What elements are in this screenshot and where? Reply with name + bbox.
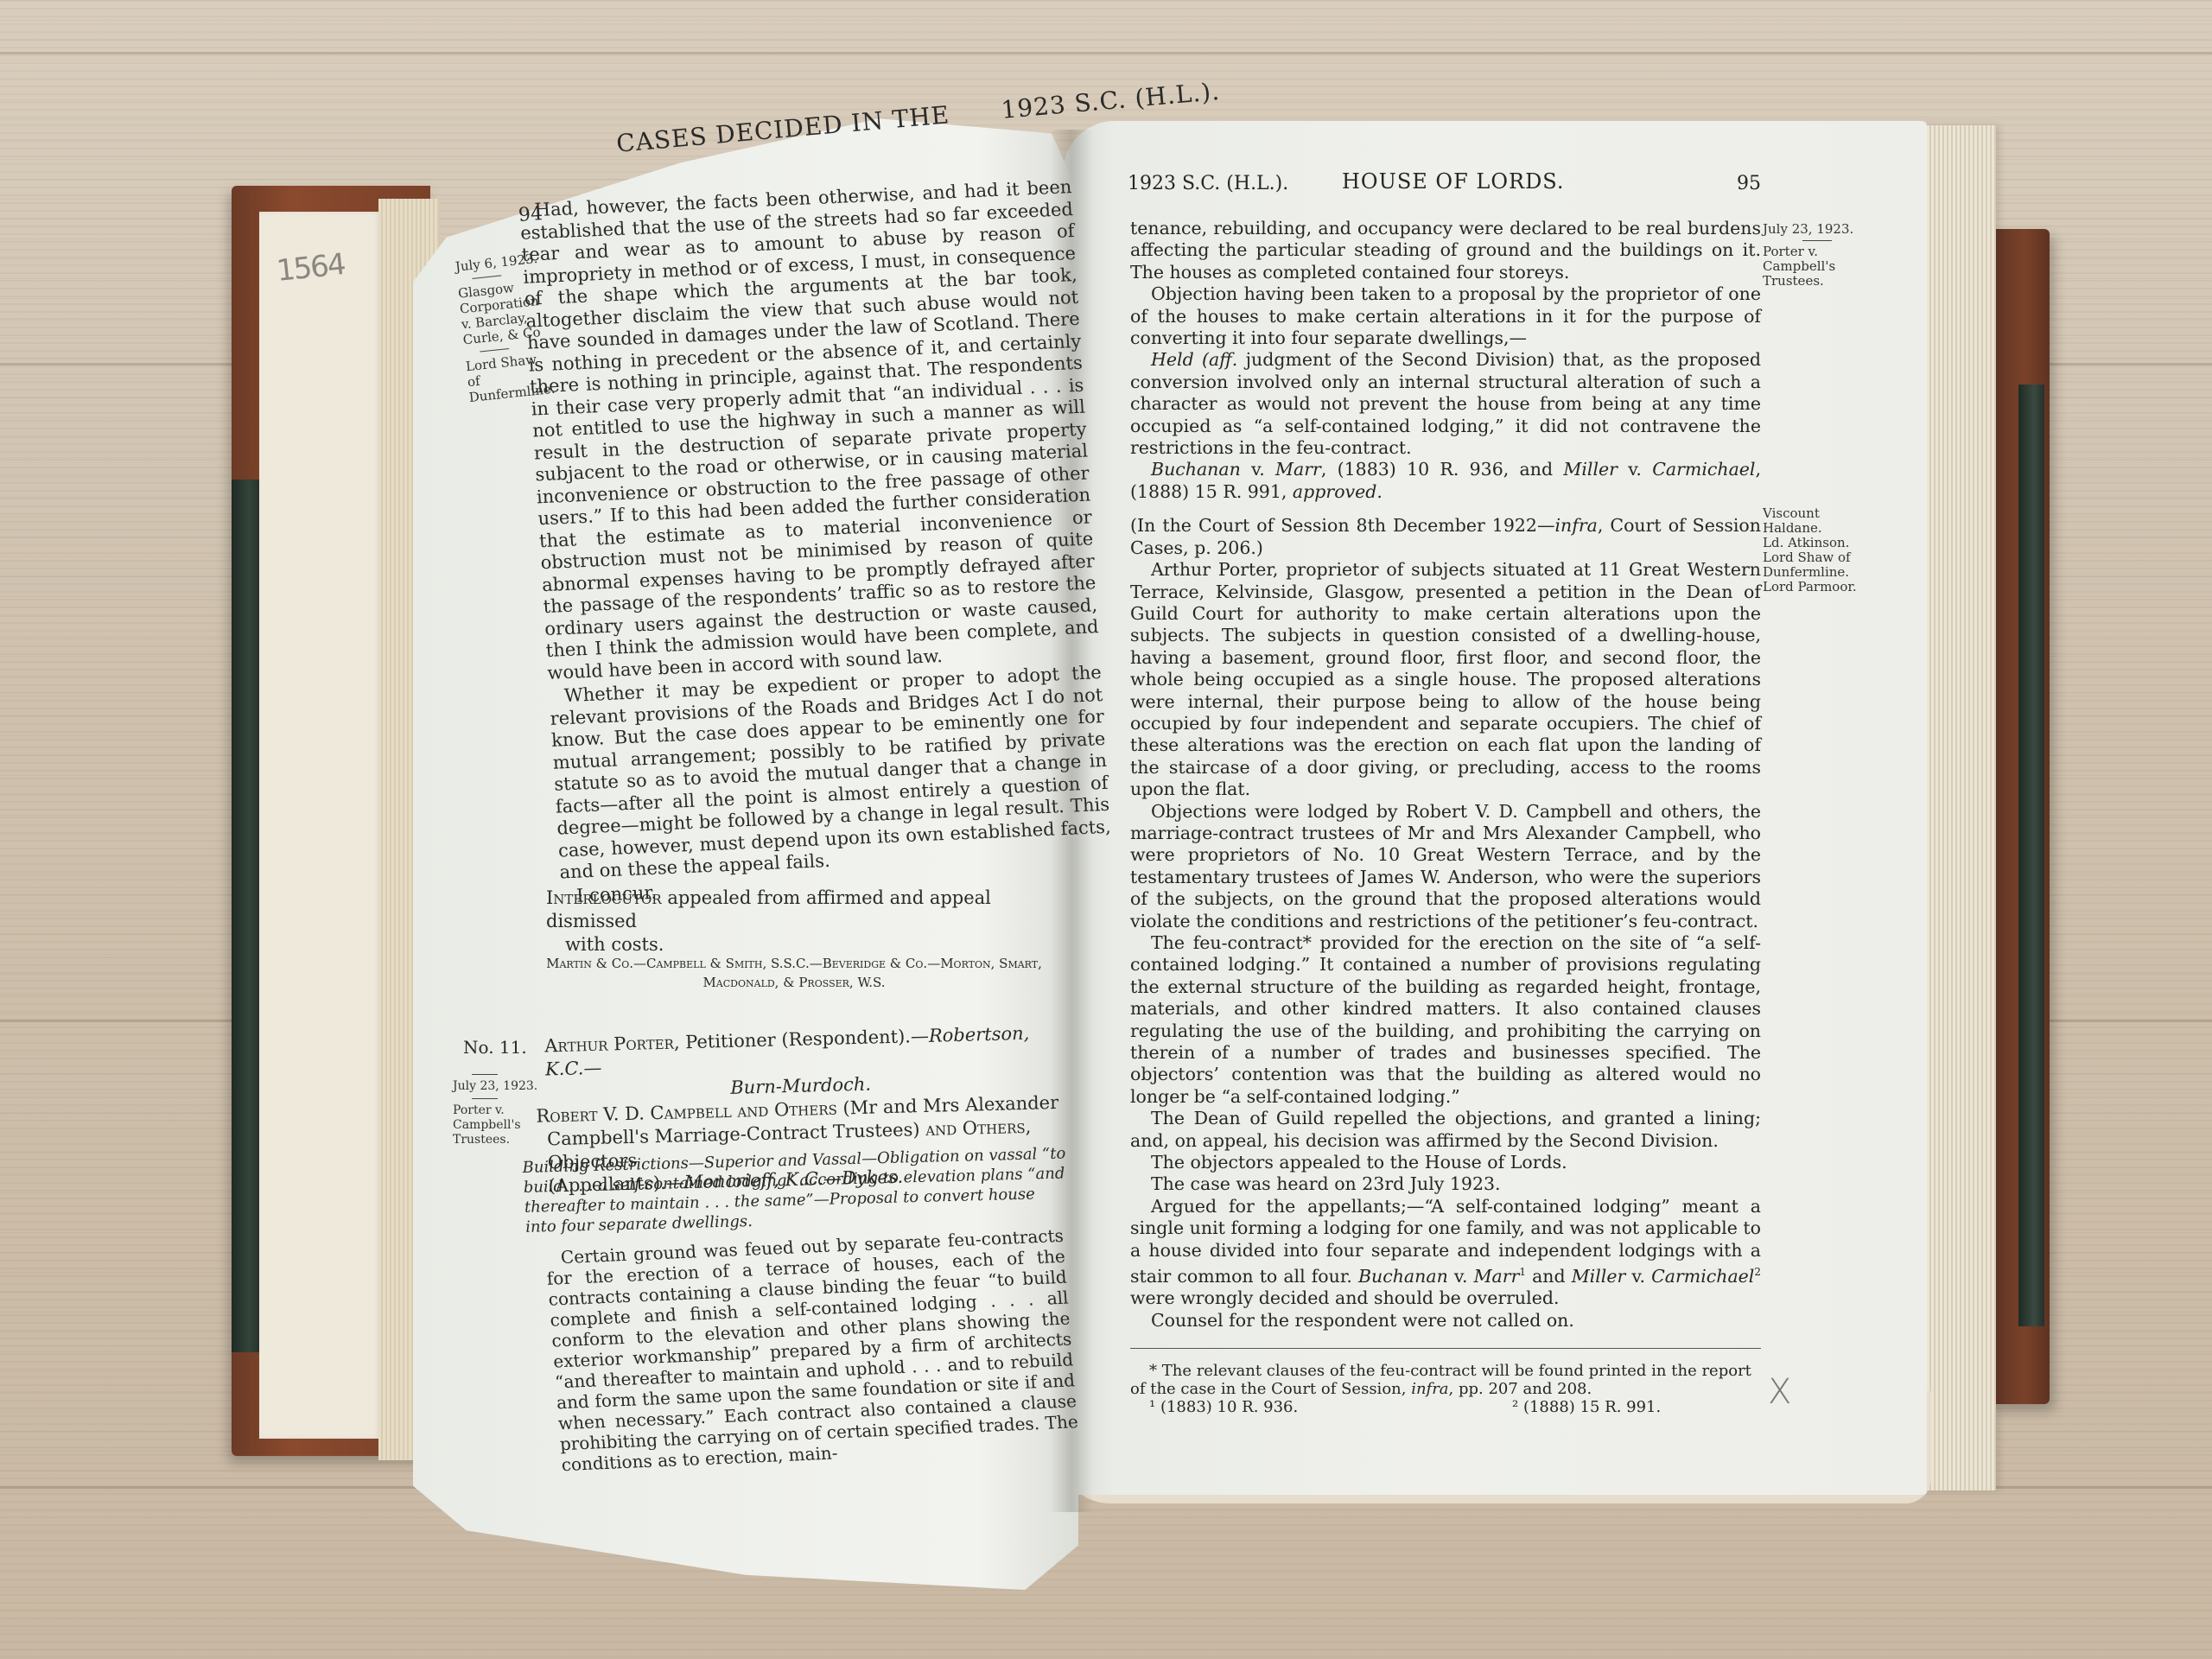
interlocutor-continuation: with costs. bbox=[546, 933, 1065, 957]
judge-name: Lord Shaw of Dunfermline. bbox=[1763, 550, 1875, 580]
agents-line: Martin & Co.—Campbell & Smith, S.S.C.—Be… bbox=[522, 954, 1066, 992]
approved-cases: Buchanan v. Marr, (1883) 10 R. 936, and … bbox=[1130, 459, 1761, 503]
table-plank-seam bbox=[0, 52, 2212, 54]
court-ref-infra: infra bbox=[1554, 515, 1597, 536]
body-paragraph: The feu-contract* provided for the erect… bbox=[1130, 932, 1761, 1108]
body-paragraph: The Dean of Guild repelled the objection… bbox=[1130, 1108, 1761, 1152]
page-edges-right bbox=[1918, 125, 1996, 1491]
case-name: Marr bbox=[1275, 459, 1321, 480]
judge-name: Viscount Haldane. bbox=[1763, 506, 1875, 536]
held-aff: (aff. bbox=[1202, 349, 1237, 370]
approved-label: approved. bbox=[1293, 481, 1382, 502]
objectors-and-others: and Others bbox=[925, 1116, 1026, 1140]
footnote-marker: 2 bbox=[1754, 1266, 1761, 1278]
footnote-text: , pp. 207 and 208. bbox=[1449, 1380, 1592, 1398]
pencil-x-mark: X bbox=[1768, 1372, 1791, 1412]
opinion-paragraph: Had, however, the facts been otherwise, … bbox=[518, 176, 1101, 684]
judge-name: Ld. Atkinson. bbox=[1763, 536, 1875, 550]
running-head-title: HOUSE OF LORDS. bbox=[1342, 169, 1565, 194]
headnote-facts: Certain ground was feued out by separate… bbox=[544, 1225, 1081, 1475]
headnote-objection: Objection having been taken to a proposa… bbox=[1130, 283, 1761, 349]
case-name: Buchanan bbox=[1151, 459, 1241, 480]
body-paragraph: Objections were lodged by Robert V. D. C… bbox=[1130, 801, 1761, 932]
petitioner-role: , Petitioner (Respondent).— bbox=[674, 1026, 930, 1053]
running-head-citation: 1923 S.C. (H.L.). bbox=[1000, 77, 1221, 124]
versus: v. bbox=[1625, 1266, 1651, 1287]
margin-case-title: Porter v. Campbell's Trustees. bbox=[1763, 245, 1875, 289]
argument-paragraph: Argued for the appellants;—“A self-conta… bbox=[1130, 1196, 1761, 1310]
opinion-text: Had, however, the facts been otherwise, … bbox=[518, 176, 1115, 907]
conjunction: and bbox=[1526, 1266, 1572, 1287]
body-paragraph: The case was heard on 23rd July 1923. bbox=[1130, 1173, 1761, 1195]
footnote-divider bbox=[1130, 1348, 1761, 1349]
headnote-held: Held (aff. judgment of the Second Divisi… bbox=[1130, 349, 1761, 459]
body-paragraph: Arthur Porter, proprietor of subjects si… bbox=[1130, 559, 1761, 800]
margin-case-title: Porter v. Campbell's Trustees. bbox=[453, 1103, 521, 1147]
argument-text: were wrongly decided and should be overr… bbox=[1130, 1287, 1559, 1308]
margin-note-case: July 23, 1923. Porter v. Campbell's Trus… bbox=[1763, 222, 1875, 289]
cover-spine-band-left bbox=[232, 480, 261, 1352]
headnote-paragraph: Certain ground was feued out by separate… bbox=[544, 1225, 1081, 1475]
interlocutor-lead: Interlocutor bbox=[546, 887, 662, 908]
cover-spine-band-right bbox=[2018, 385, 2044, 1326]
case-name: Marr bbox=[1474, 1266, 1520, 1287]
book-cover-right bbox=[1987, 229, 2050, 1404]
margin-rule bbox=[472, 1074, 498, 1075]
footnote-star: * The relevant clauses of the feu-contra… bbox=[1130, 1362, 1761, 1398]
case-name: Carmichael bbox=[1651, 1266, 1754, 1287]
case-name: Miller bbox=[1572, 1266, 1626, 1287]
margin-rule bbox=[1802, 240, 1832, 241]
agents-line-1: Martin & Co.—Campbell & Smith, S.S.C.—Be… bbox=[522, 954, 1066, 973]
headnote-continuation: tenance, rebuilding, and occupancy were … bbox=[1130, 218, 1761, 283]
body-paragraph: The objectors appealed to the House of L… bbox=[1130, 1152, 1761, 1173]
margin-rule bbox=[472, 1098, 498, 1099]
agents-line-2: Macdonald, & Prosser, W.S. bbox=[522, 973, 1066, 992]
footnote-marker: 1 bbox=[1519, 1266, 1526, 1278]
counsel-note: Counsel for the respondent were not call… bbox=[1130, 1310, 1761, 1332]
held-label: Held bbox=[1151, 349, 1194, 370]
margin-date: July 23, 1923. bbox=[1763, 222, 1875, 237]
case-rubric: Building Restrictions—Superior and Vassa… bbox=[522, 1144, 1071, 1237]
petitioner-name: Arthur Porter bbox=[544, 1033, 674, 1057]
interlocutor: Interlocutor appealed from affirmed and … bbox=[546, 887, 1065, 957]
endpaper bbox=[259, 212, 380, 1439]
case-name: Carmichael bbox=[1652, 459, 1755, 480]
pencil-shelfmark: 1564 bbox=[275, 247, 346, 289]
running-head-citation: 1923 S.C. (H.L.). bbox=[1128, 173, 1288, 194]
court-of-session-ref: (In the Court of Session 8th December 19… bbox=[1130, 515, 1761, 559]
court-ref-text: (In the Court of Session 8th December 19… bbox=[1130, 515, 1554, 536]
margin-note-new-case: July 23, 1923. Porter v. Campbell's Trus… bbox=[453, 1070, 539, 1147]
case-name: Miller bbox=[1563, 459, 1618, 480]
margin-rule bbox=[472, 275, 501, 279]
versus: v. bbox=[1448, 1266, 1474, 1287]
footnote-infra: infra bbox=[1411, 1380, 1448, 1398]
versus: v. bbox=[1618, 459, 1652, 480]
case-number: No. 11. bbox=[463, 1037, 527, 1058]
versus: v. bbox=[1241, 459, 1275, 480]
judge-name: Lord Parmoor. bbox=[1763, 580, 1875, 594]
page-number-right: 95 bbox=[1737, 173, 1761, 194]
footnotes: * The relevant clauses of the feu-contra… bbox=[1130, 1362, 1761, 1416]
case-name: Buchanan bbox=[1358, 1266, 1448, 1287]
footnote-ref-2: ² (1888) 15 R. 991. bbox=[1512, 1398, 1661, 1416]
footnote-refs: ¹ (1883) 10 R. 936. ² (1888) 15 R. 991. bbox=[1130, 1398, 1761, 1416]
margin-note-judges: Viscount Haldane. Ld. Atkinson. Lord Sha… bbox=[1763, 506, 1875, 594]
right-page-text: tenance, rebuilding, and occupancy were … bbox=[1130, 218, 1761, 1332]
margin-rule bbox=[480, 348, 509, 353]
citation: , (1883) 10 R. 936, and bbox=[1321, 459, 1564, 480]
margin-date: July 23, 1923. bbox=[453, 1079, 537, 1093]
footnote-ref-1: ¹ (1883) 10 R. 936. bbox=[1149, 1398, 1512, 1416]
opinion-paragraph: Whether it may be expedient or proper to… bbox=[548, 662, 1112, 884]
